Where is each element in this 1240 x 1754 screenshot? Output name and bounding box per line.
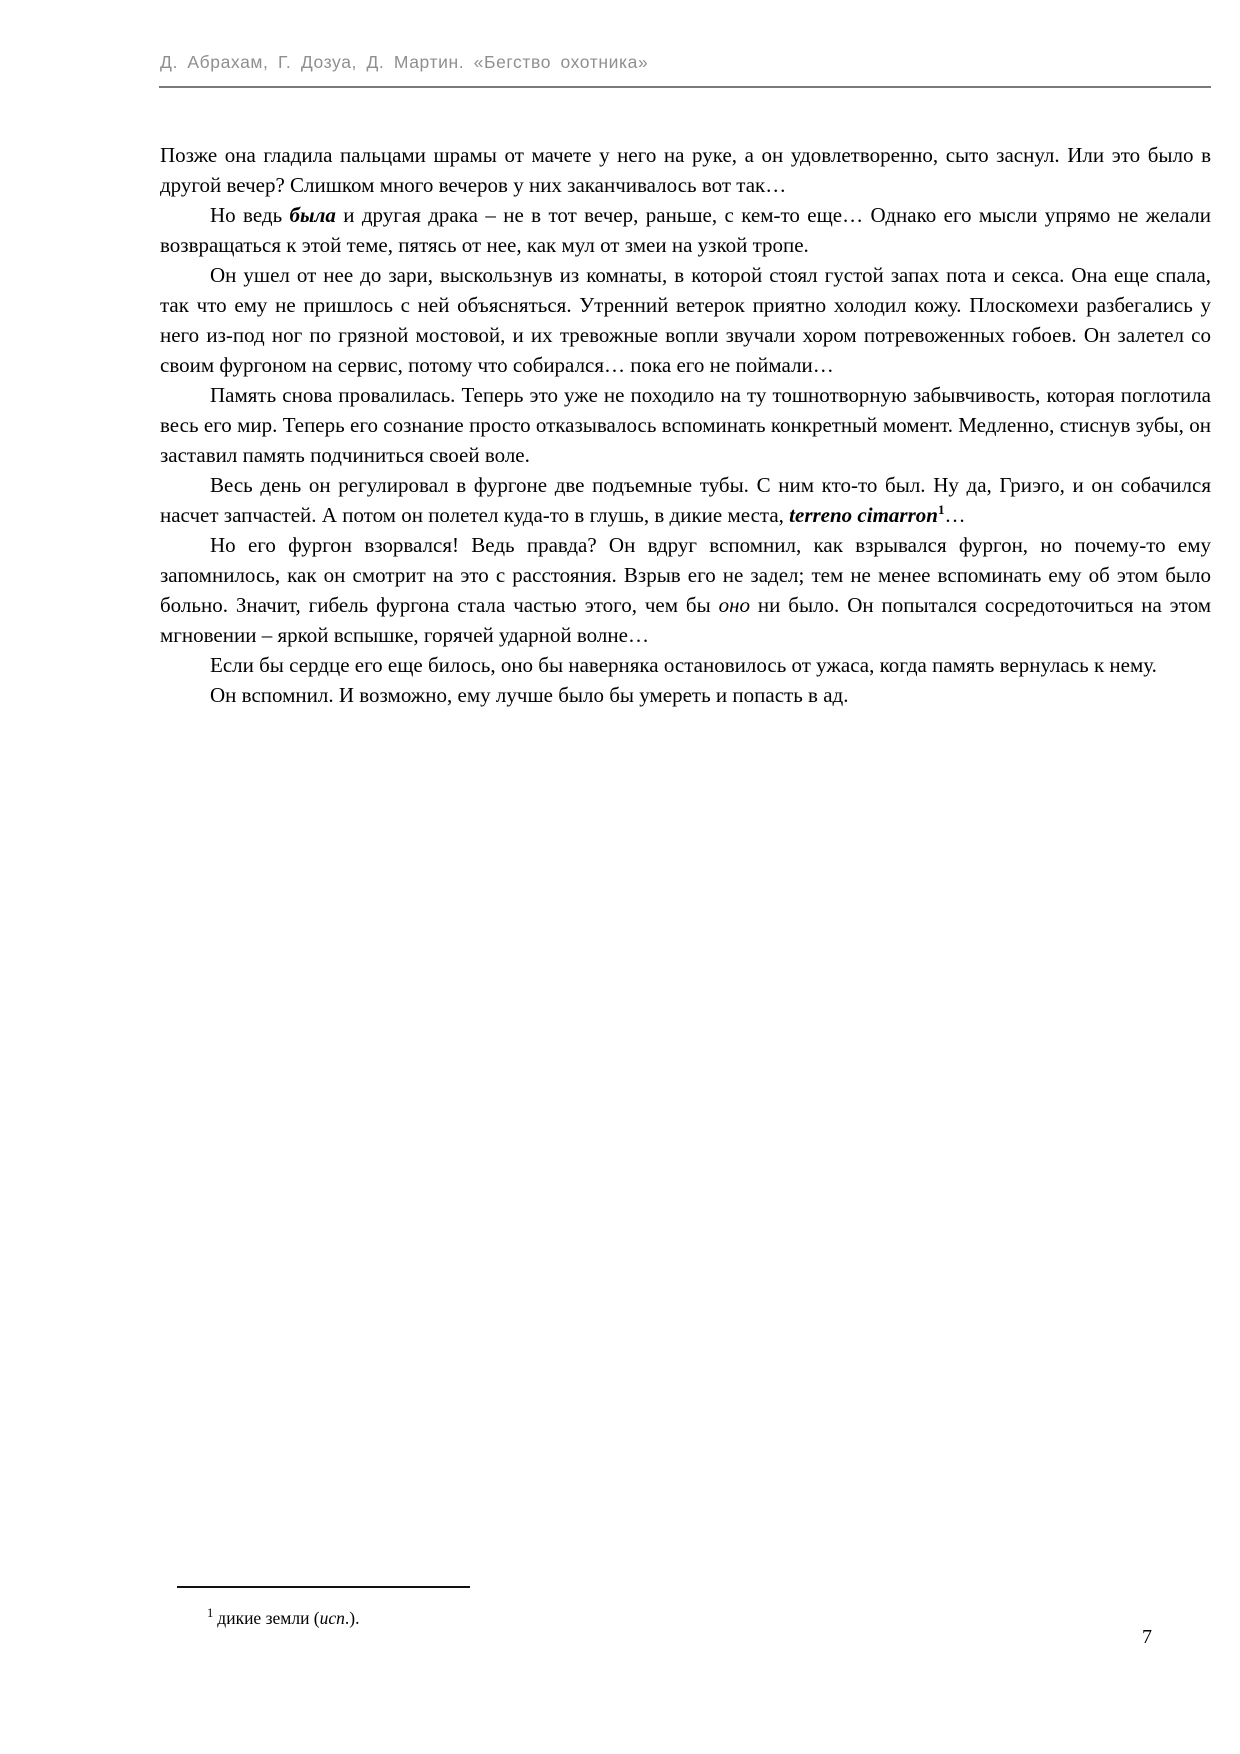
paragraph: Весь день он регулировал в фургоне две п… [160,470,1211,530]
footnote-marker: 1 [207,1606,213,1620]
running-header: Д. Абрахам, Г. Дозуа, Д. Мартин. «Бегств… [160,52,1210,73]
text-run: Но ведь [210,203,290,227]
paragraph: Но его фургон взорвался! Ведь правда? Он… [160,530,1211,650]
footnote-text: дикие земли (исп.). [217,1608,359,1628]
text-run: оно [719,593,750,617]
text-run: … [944,503,965,527]
paragraph: Он ушел от нее до зари, выскользнув из к… [160,260,1211,380]
paragraph: Он вспомнил. И возможно, ему лучше было … [160,680,1211,710]
footnote: 1дикие земли (исп.). [160,1606,860,1630]
text-run: Если бы сердце его еще билось, оно бы на… [210,653,1157,677]
book-page: Д. Абрахам, Г. Дозуа, Д. Мартин. «Бегств… [0,0,1240,1754]
header-rule [159,86,1211,88]
paragraph: Память снова провалилась. Теперь это уже… [160,380,1211,470]
paragraph: Но ведь была и другая драка – не в тот в… [160,200,1211,260]
page-number: 7 [1142,1626,1152,1649]
paragraph: Если бы сердце его еще билось, оно бы на… [160,650,1211,680]
text-run: была [290,203,336,227]
text-run: исп [320,1608,345,1628]
text-run: Память снова провалилась. Теперь это уже… [160,383,1211,467]
paragraph: Позже она гладила пальцами шрамы от маче… [160,140,1211,200]
text-run: Весь день он регулировал в фургоне две п… [160,473,1211,527]
body-text: Позже она гладила пальцами шрамы от маче… [160,140,1211,710]
text-run: Позже она гладила пальцами шрамы от маче… [160,143,1211,197]
footnote-separator-rule [177,1586,470,1588]
text-run: Он ушел от нее до зари, выскользнув из к… [160,263,1211,377]
text-run: .). [345,1608,360,1628]
text-run: Он вспомнил. И возможно, ему лучше было … [210,683,848,707]
text-run: дикие земли ( [217,1608,319,1628]
text-run: terreno cimarron [789,503,938,527]
